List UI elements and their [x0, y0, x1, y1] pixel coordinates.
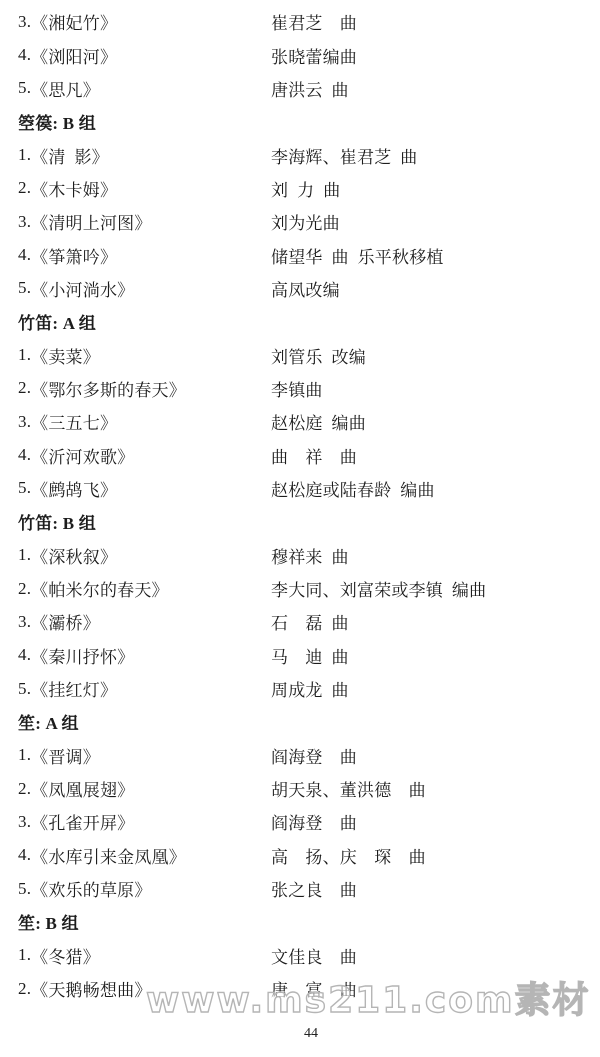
item-number: 3.: [18, 612, 31, 632]
piece-title: 《思凡》: [31, 76, 100, 101]
piece-title-cell: 3.《清明上河图》: [18, 209, 271, 234]
piece-title-cell: 4.《浏阳河》: [18, 43, 271, 68]
piece-title: 《欢乐的草原》: [31, 876, 151, 901]
item-number: 2.: [18, 378, 31, 398]
section-header: 竹笛: B 组: [18, 505, 600, 538]
piece-title: 《沂河欢歌》: [31, 443, 134, 468]
list-item: 2.《凤凰展翅》 胡天泉、董洪德 曲: [18, 772, 600, 805]
piece-title-cell: 5.《挂红灯》: [18, 676, 271, 701]
item-number: 4.: [18, 45, 31, 65]
composer-credit: 唐 富 曲: [271, 976, 357, 1001]
item-number: 2.: [18, 779, 31, 799]
list-item: 5.《挂红灯》 周成龙 曲: [18, 672, 600, 705]
composer-credit: 储望华 曲 乐平秋移植: [271, 243, 444, 268]
composer-credit: 阎海登 曲: [271, 809, 357, 834]
piece-title-cell: 1.《卖菜》: [18, 343, 271, 368]
composer-credit: 李海辉、崔君芝 曲: [271, 143, 418, 168]
piece-title-cell: 5.《鹧鸪飞》: [18, 476, 271, 501]
item-number: 3.: [18, 812, 31, 832]
piece-title-cell: 5.《欢乐的草原》: [18, 876, 271, 901]
list-item: 4.《筝箫吟》 储望华 曲 乐平秋移植: [18, 238, 600, 271]
piece-title: 《筝箫吟》: [31, 243, 117, 268]
piece-title-cell: 2.《鄂尔多斯的春天》: [18, 376, 271, 401]
piece-title: 《帕米尔的春天》: [31, 576, 169, 601]
list-item: 5.《思凡》 唐洪云 曲: [18, 72, 600, 105]
piece-title-cell: 3.《灞桥》: [18, 609, 271, 634]
piece-title: 《凤凰展翅》: [31, 776, 134, 801]
piece-title-cell: 5.《思凡》: [18, 76, 271, 101]
list-item: 5.《鹧鸪飞》 赵松庭或陆春龄 编曲: [18, 472, 600, 505]
item-number: 1.: [18, 345, 31, 365]
list-item: 1.《晋调》 阎海登 曲: [18, 739, 600, 772]
composer-credit: 周成龙 曲: [271, 676, 349, 701]
section-header: 箜篌: B 组: [18, 105, 600, 138]
list-item: 1.《深秋叙》 穆祥来 曲: [18, 539, 600, 572]
piece-title-cell: 5.《小河淌水》: [18, 276, 271, 301]
item-number: 2.: [18, 579, 31, 599]
piece-title-cell: 2.《木卡姆》: [18, 176, 271, 201]
composer-credit: 赵松庭 编曲: [271, 409, 366, 434]
piece-title: 《水库引来金凤凰》: [31, 843, 186, 868]
composer-credit: 张之良 曲: [271, 876, 357, 901]
piece-title: 《鹧鸪飞》: [31, 476, 117, 501]
composer-credit: 赵松庭或陆春龄 编曲: [271, 476, 435, 501]
item-number: 3.: [18, 212, 31, 232]
list-item: 1.《清 影》 李海辉、崔君芝 曲: [18, 138, 600, 171]
piece-title: 《清 影》: [31, 143, 109, 168]
item-number: 5.: [18, 679, 31, 699]
piece-title-cell: 3.《湘妃竹》: [18, 9, 271, 34]
list-item: 4.《沂河欢歌》 曲 祥 曲: [18, 438, 600, 471]
item-number: 4.: [18, 645, 31, 665]
piece-title: 《秦川抒怀》: [31, 643, 134, 668]
list-item: 3.《三五七》 赵松庭 编曲: [18, 405, 600, 438]
list-item: 2.《木卡姆》 刘 力 曲: [18, 172, 600, 205]
piece-title: 《三五七》: [31, 409, 117, 434]
piece-title: 《晋调》: [31, 743, 100, 768]
composer-credit: 高凤改编: [271, 276, 340, 301]
composer-credit: 李镇曲: [271, 376, 323, 401]
piece-title-cell: 2.《帕米尔的春天》: [18, 576, 271, 601]
piece-title: 《清明上河图》: [31, 209, 151, 234]
document-page: 3.《湘妃竹》 崔君芝 曲 4.《浏阳河》 张晓蕾编曲 5.《思凡》 唐洪云 曲…: [0, 0, 600, 1057]
item-number: 1.: [18, 945, 31, 965]
composer-credit: 马 迪 曲: [271, 643, 349, 668]
piece-title-cell: 3.《三五七》: [18, 409, 271, 434]
composer-credit: 石 磊 曲: [271, 609, 349, 634]
piece-title-cell: 3.《孔雀开屏》: [18, 809, 271, 834]
repertoire-list: 3.《湘妃竹》 崔君芝 曲 4.《浏阳河》 张晓蕾编曲 5.《思凡》 唐洪云 曲…: [0, 0, 600, 1005]
list-item: 4.《水库引来金凤凰》 高 扬、庆 琛 曲: [18, 839, 600, 872]
piece-title: 《冬猎》: [31, 943, 100, 968]
item-number: 5.: [18, 278, 31, 298]
list-item: 2.《鄂尔多斯的春天》 李镇曲: [18, 372, 600, 405]
piece-title: 《木卡姆》: [31, 176, 117, 201]
item-number: 3.: [18, 12, 31, 32]
list-item: 5.《欢乐的草原》 张之良 曲: [18, 872, 600, 905]
section-header: 笙: A 组: [18, 705, 600, 738]
list-item: 3.《灞桥》 石 磊 曲: [18, 605, 600, 638]
item-number: 5.: [18, 78, 31, 98]
list-item: 4.《浏阳河》 张晓蕾编曲: [18, 38, 600, 71]
item-number: 1.: [18, 145, 31, 165]
piece-title: 《湘妃竹》: [31, 9, 117, 34]
piece-title-cell: 2.《凤凰展翅》: [18, 776, 271, 801]
composer-credit: 张晓蕾编曲: [271, 43, 357, 68]
piece-title-cell: 1.《清 影》: [18, 143, 271, 168]
item-number: 4.: [18, 245, 31, 265]
piece-title-cell: 1.《深秋叙》: [18, 543, 271, 568]
piece-title: 《天鹅畅想曲》: [31, 976, 151, 1001]
item-number: 5.: [18, 879, 31, 899]
list-item: 3.《孔雀开屏》 阎海登 曲: [18, 805, 600, 838]
item-number: 2.: [18, 979, 31, 999]
piece-title: 《孔雀开屏》: [31, 809, 134, 834]
piece-title: 《鄂尔多斯的春天》: [31, 376, 186, 401]
composer-credit: 刘为光曲: [271, 209, 340, 234]
piece-title-cell: 4.《水库引来金凤凰》: [18, 843, 271, 868]
page-number: 44: [0, 1026, 600, 1042]
item-number: 4.: [18, 845, 31, 865]
item-number: 2.: [18, 178, 31, 198]
section-header: 竹笛: A 组: [18, 305, 600, 338]
piece-title: 《挂红灯》: [31, 676, 117, 701]
piece-title: 《卖菜》: [31, 343, 100, 368]
piece-title-cell: 4.《筝箫吟》: [18, 243, 271, 268]
item-number: 3.: [18, 412, 31, 432]
composer-credit: 曲 祥 曲: [271, 443, 357, 468]
item-number: 1.: [18, 745, 31, 765]
list-item: 4.《秦川抒怀》 马 迪 曲: [18, 639, 600, 672]
list-item: 1.《冬猎》 文佳良 曲: [18, 939, 600, 972]
item-number: 4.: [18, 445, 31, 465]
composer-credit: 高 扬、庆 琛 曲: [271, 843, 426, 868]
composer-credit: 崔君芝 曲: [271, 9, 357, 34]
list-item: 3.《湘妃竹》 崔君芝 曲: [18, 5, 600, 38]
list-item: 2.《帕米尔的春天》 李大同、刘富荣或李镇 编曲: [18, 572, 600, 605]
piece-title-cell: 4.《沂河欢歌》: [18, 443, 271, 468]
list-item: 1.《卖菜》 刘管乐 改编: [18, 338, 600, 371]
piece-title: 《浏阳河》: [31, 43, 117, 68]
composer-credit: 胡天泉、董洪德 曲: [271, 776, 426, 801]
composer-credit: 刘管乐 改编: [271, 343, 366, 368]
piece-title: 《小河淌水》: [31, 276, 134, 301]
list-item: 2.《天鹅畅想曲》 唐 富 曲: [18, 972, 600, 1005]
composer-credit: 穆祥来 曲: [271, 543, 349, 568]
item-number: 5.: [18, 478, 31, 498]
section-header: 笙: B 组: [18, 905, 600, 938]
composer-credit: 阎海登 曲: [271, 743, 357, 768]
composer-credit: 唐洪云 曲: [271, 76, 349, 101]
composer-credit: 文佳良 曲: [271, 943, 357, 968]
piece-title-cell: 1.《冬猎》: [18, 943, 271, 968]
item-number: 1.: [18, 545, 31, 565]
composer-credit: 李大同、刘富荣或李镇 编曲: [271, 576, 486, 601]
piece-title: 《灞桥》: [31, 609, 100, 634]
list-item: 3.《清明上河图》 刘为光曲: [18, 205, 600, 238]
piece-title-cell: 1.《晋调》: [18, 743, 271, 768]
composer-credit: 刘 力 曲: [271, 176, 340, 201]
piece-title-cell: 4.《秦川抒怀》: [18, 643, 271, 668]
piece-title-cell: 2.《天鹅畅想曲》: [18, 976, 271, 1001]
list-item: 5.《小河淌水》 高凤改编: [18, 272, 600, 305]
piece-title: 《深秋叙》: [31, 543, 117, 568]
